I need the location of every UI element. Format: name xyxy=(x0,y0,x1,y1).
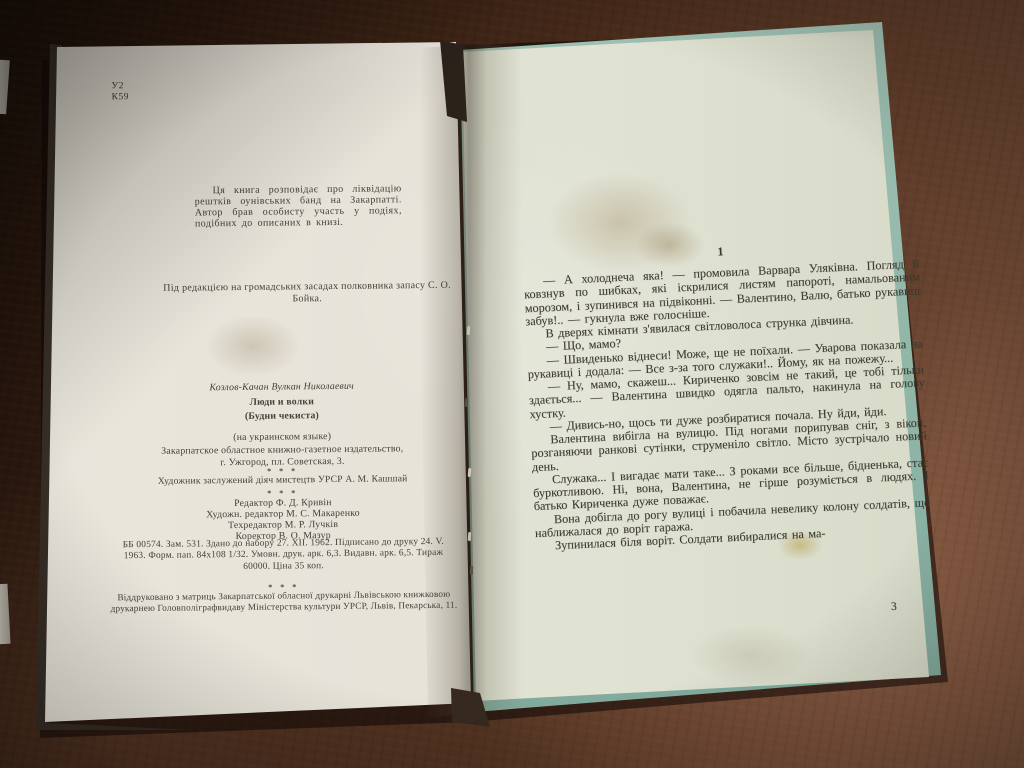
classification-code: У2 К59 xyxy=(111,81,129,102)
editorial-note: Під редакцією на громадських засадах пол… xyxy=(160,280,455,306)
imprint-data: ББ 00574. Зам. 531. Здано до набору 27. … xyxy=(122,537,444,574)
printer-note: Віддруковано з матриць Закарпатської обл… xyxy=(103,589,465,614)
code-line1: У2 xyxy=(111,81,124,91)
right-page-text: 1 — А холоднеча яка! — промовила Варвара… xyxy=(460,7,961,718)
photo-of-open-book: У2 К59 Ця книга розповідає про ліквідаці… xyxy=(0,0,1024,768)
annotation-paragraph: Ця книга розповідає про ліквідацію рештк… xyxy=(195,184,402,230)
book-title: Люди и волки xyxy=(112,395,452,410)
page-stain xyxy=(205,315,300,377)
page-stain xyxy=(690,625,810,685)
book-subtitle: (Будни чекиста) xyxy=(112,409,452,424)
left-page-text: У2 К59 Ця книга розповідає про ліквідаці… xyxy=(45,34,478,728)
language-note: (на украинском языке) xyxy=(112,430,452,445)
code-line2: К59 xyxy=(112,92,129,102)
chapter-body: — А холоднеча яка! — промовила Варвара У… xyxy=(523,257,931,553)
page-stain xyxy=(635,222,705,268)
page-stain xyxy=(778,530,822,560)
author-name: Козлов-Качан Вулкан Николаевич xyxy=(112,380,452,395)
artist-credit: Художник заслужений діяч мистецтв УРСР А… xyxy=(113,473,453,488)
page-number: 3 xyxy=(539,599,935,629)
